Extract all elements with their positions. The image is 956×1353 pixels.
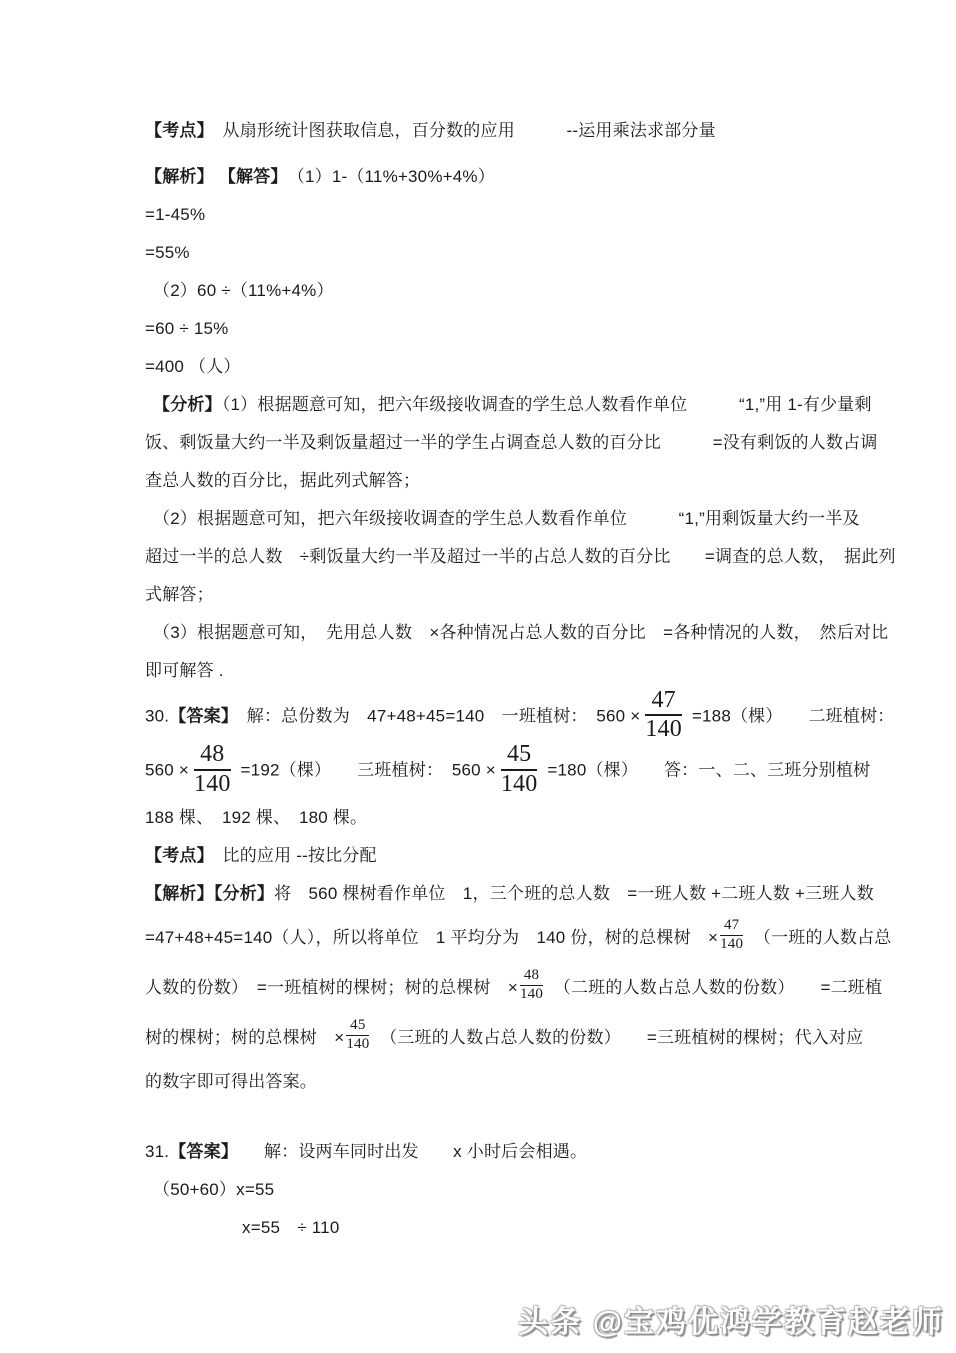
text-run: =192（棵） 三班植树： 560 × <box>236 761 496 780</box>
text-run: 解：总份数为 47+48+45=140 一班植树： 560 × <box>230 707 641 726</box>
text-run: 560 × <box>145 761 189 780</box>
text-run: （50+60）x=55 <box>153 1180 274 1199</box>
text-run: 饭、剩饭量大约一半及剩饭量超过一半的学生占调查总人数的百分比 =没有剩饭的人数占… <box>145 433 878 452</box>
text-run: =188（棵） 二班植树： <box>687 707 895 726</box>
text-run: 31. <box>145 1142 169 1161</box>
text-run: （2）根据题意可知，把六年级接收调查的学生总人数看作单位 “1,”用剩饭量大约一… <box>153 509 860 528</box>
section-marker: 【解析】 <box>145 167 214 186</box>
text-run: x=55 ÷ 110 <box>242 1218 340 1237</box>
jieda-line: 【解析】 【解答】 （1）1-（11%+30%+4%） <box>145 158 865 196</box>
fraction-numerator: 47 <box>645 688 682 716</box>
jiexi-line: 人数的份数） =一班植树的棵树；树的总棵树 ×48140 （二班的人数占总人数的… <box>145 963 865 1013</box>
section-marker: 【分析】 <box>214 884 274 903</box>
answer-30-line: 188 棵、 192 棵、 180 棵。 <box>145 799 865 837</box>
text-run: （二班的人数占总人数的份数） =二班植 <box>545 978 882 997</box>
text-run: =400 （人） <box>145 357 241 376</box>
text-run: =180（棵） 答：一、二、三班分别植树 <box>542 761 870 780</box>
calc-line: （2）60 ÷（11%+4%） <box>153 272 865 310</box>
jiexi-line: 树的棵树；树的总棵树 ×45140 （三班的人数占总人数的份数） =三班植树的棵… <box>145 1013 865 1063</box>
section-marker: 【考点】 <box>145 846 205 865</box>
calc-line: =1-45% <box>145 196 865 234</box>
text-run: 人数的份数） =一班植树的棵树；树的总棵树 × <box>145 978 518 997</box>
calc-line: =55% <box>145 234 865 272</box>
calc-line: =400 （人） <box>145 348 865 386</box>
fenxi-line: （2）根据题意可知，把六年级接收调查的学生总人数看作单位 “1,”用剩饭量大约一… <box>153 500 865 538</box>
fraction: 45140 <box>346 1018 369 1053</box>
fraction: 47140 <box>645 688 682 742</box>
text-run: 式解答； <box>145 585 214 604</box>
calc-line: x=55 ÷ 110 <box>242 1209 865 1247</box>
text-run: =60 ÷ 15% <box>145 319 228 338</box>
text-run: 超过一半的总人数 ÷剩饭量大约一半及超过一半的占总人数的百分比 =调查的总人数，… <box>145 547 896 566</box>
fraction-denominator: 140 <box>346 1036 369 1053</box>
fraction-numerator: 48 <box>194 742 231 770</box>
calc-line: =60 ÷ 15% <box>145 310 865 348</box>
fenxi-line: 查总人数的百分比，据此列式解答； <box>145 462 865 500</box>
fenxi-line: 超过一半的总人数 ÷剩饭量大约一半及超过一半的占总人数的百分比 =调查的总人数，… <box>145 538 865 576</box>
text-run: （1）1-（11%+30%+4%） <box>279 167 495 186</box>
text-run: =55% <box>145 243 190 262</box>
fraction-denominator: 140 <box>194 771 231 797</box>
fraction: 45140 <box>501 742 538 796</box>
jiexi-line: =47+48+45=140（人），所以将单位 1 平均分为 140 份，树的总棵… <box>145 913 865 963</box>
text-run: 188 棵、 192 棵、 180 棵。 <box>145 808 367 827</box>
text-run: 查总人数的百分比，据此列式解答； <box>145 471 420 490</box>
fraction: 48140 <box>520 968 543 1003</box>
text-run: 比的应用 --按比分配 <box>205 846 376 865</box>
text-run: =47+48+45=140（人），所以将单位 1 平均分为 140 份，树的总棵… <box>145 928 718 947</box>
text-run: （1）根据题意可知，把六年级接收调查的学生总人数看作单位 “1,”用 1-有少量… <box>222 395 872 414</box>
text-run: 的数字即可得出答案。 <box>145 1072 317 1091</box>
text-run: 解：设两车同时出发 x 小时后会相遇。 <box>230 1142 588 1161</box>
text-run: 树的棵树；树的总棵树 × <box>145 1028 344 1047</box>
page: { "page": { "background": "#ffffff", "te… <box>0 0 956 1353</box>
fenxi-line: 饭、剩饭量大约一半及剩饭量超过一半的学生占调查总人数的百分比 =没有剩饭的人数占… <box>145 424 865 462</box>
answer-30-line: 560 ×48140 =192（棵） 三班植树： 560 ×45140 =180… <box>145 744 865 798</box>
kaodian-line: 【考点】 比的应用 --按比分配 <box>145 837 865 875</box>
fraction: 48140 <box>194 742 231 796</box>
text-run: （三班的人数占总人数的份数） =三班植树的棵树；代入对应 <box>371 1028 863 1047</box>
section-marker: 【考点】 <box>145 121 205 140</box>
watermark: 头条 @宝鸡优鸿学教育赵老师 <box>518 1297 944 1341</box>
text-run: 即可解答 . <box>145 661 224 680</box>
section-marker: 【分析】 <box>153 395 222 414</box>
fraction-numerator: 45 <box>346 1018 369 1036</box>
section-marker: 【解析】 <box>145 884 214 903</box>
jiexi-line: 的数字即可得出答案。 <box>145 1063 865 1101</box>
text-run: =1-45% <box>145 205 205 224</box>
answer-31-line: 31.【答案】 解：设两车同时出发 x 小时后会相遇。 <box>145 1133 865 1171</box>
text-run: （3）根据题意可知， 先用总人数 ×各种情况占总人数的百分比 =各种情况的人数，… <box>153 623 888 642</box>
fraction-denominator: 140 <box>501 771 538 797</box>
answer-document: 【考点】 从扇形统计图获取信息，百分数的应用 --运用乘法求部分量【解析】 【解… <box>145 112 865 1247</box>
section-marker: 【答案】 <box>169 1142 229 1161</box>
answer-30-line: 30.【答案】 解：总份数为 47+48+45=140 一班植树： 560 ×4… <box>145 690 865 744</box>
fraction: 47140 <box>720 918 743 953</box>
kaodian-line: 【考点】 从扇形统计图获取信息，百分数的应用 --运用乘法求部分量 <box>145 112 865 150</box>
text-run: 从扇形统计图获取信息，百分数的应用 --运用乘法求部分量 <box>205 121 716 140</box>
fraction-denominator: 140 <box>720 936 743 953</box>
jiexi-line: 【解析】【分析】将 560 棵树看作单位 1，三个班的总人数 =一班人数 +二班… <box>145 875 865 913</box>
fenxi-line: 即可解答 . <box>145 652 865 690</box>
text-run: 30. <box>145 707 169 726</box>
section-marker: 【解答】 <box>219 167 279 186</box>
fraction-numerator: 45 <box>501 742 538 770</box>
text-run: （一班的人数占总 <box>745 928 891 947</box>
fenxi-line: 式解答； <box>145 576 865 614</box>
fraction-denominator: 140 <box>645 716 682 742</box>
fenxi-line: （3）根据题意可知， 先用总人数 ×各种情况占总人数的百分比 =各种情况的人数，… <box>153 614 865 652</box>
fraction-denominator: 140 <box>520 986 543 1003</box>
section-marker: 【答案】 <box>169 707 229 726</box>
fraction-numerator: 47 <box>720 918 743 936</box>
fraction-numerator: 48 <box>520 968 543 986</box>
text-run: （2）60 ÷（11%+4%） <box>153 281 334 300</box>
calc-line: （50+60）x=55 <box>153 1171 865 1209</box>
fenxi-line: 【分析】（1）根据题意可知，把六年级接收调查的学生总人数看作单位 “1,”用 1… <box>153 386 865 424</box>
text-run: 将 560 棵树看作单位 1，三个班的总人数 =一班人数 +二班人数 +三班人数 <box>274 884 874 903</box>
